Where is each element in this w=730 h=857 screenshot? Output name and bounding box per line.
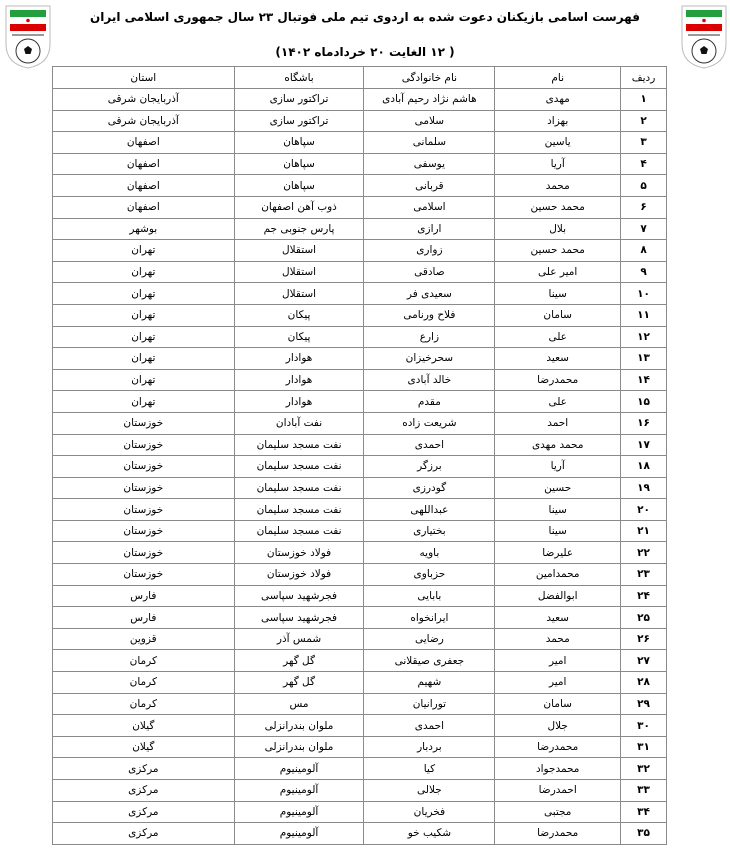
table-row: ۹امیر علیصادقیاستقلالتهران	[53, 261, 667, 283]
cell-club: ذوب آهن اصفهان	[234, 196, 364, 218]
cell-first-name: امیر علی	[495, 261, 621, 283]
table-row: ۱۷محمد مهدیاحمدینفت مسجد سلیمانخوزستان	[53, 434, 667, 456]
cell-province: تهران	[53, 326, 235, 348]
cell-last-name: شکیب خو	[364, 823, 495, 845]
table-row: ۱۲علیزارعپیکانتهران	[53, 326, 667, 348]
cell-first-name: محمد حسین	[495, 196, 621, 218]
cell-club: پیکان	[234, 326, 364, 348]
cell-row-number: ۱۱	[621, 304, 667, 326]
cell-last-name: شریعت زاده	[364, 412, 495, 434]
column-header-row-number: ردیف	[621, 67, 667, 89]
cell-row-number: ۷	[621, 218, 667, 240]
cell-first-name: یاسین	[495, 132, 621, 154]
table-row: ۱۴محمدرضاخالد آبادیهوادارتهران	[53, 369, 667, 391]
cell-first-name: محمد	[495, 175, 621, 197]
column-header-last-name: نام خانوادگی	[364, 67, 495, 89]
cell-province: مرکزی	[53, 801, 235, 823]
cell-club: فولاد خوزستان	[234, 542, 364, 564]
cell-club: استقلال	[234, 240, 364, 262]
cell-first-name: آریا	[495, 456, 621, 478]
cell-last-name: سعیدی فر	[364, 283, 495, 305]
cell-first-name: محمدجواد	[495, 758, 621, 780]
cell-row-number: ۲	[621, 110, 667, 132]
cell-club: آلومینیوم	[234, 823, 364, 845]
cell-club: فجرشهید سپاسی	[234, 607, 364, 629]
cell-last-name: فخریان	[364, 801, 495, 823]
cell-province: اصفهان	[53, 132, 235, 154]
cell-first-name: احمد	[495, 412, 621, 434]
cell-row-number: ۵	[621, 175, 667, 197]
table-row: ۳۲محمدجوادکیاآلومینیوممرکزی	[53, 758, 667, 780]
cell-club: فولاد خوزستان	[234, 564, 364, 586]
cell-first-name: علی	[495, 391, 621, 413]
cell-club: سپاهان	[234, 153, 364, 175]
cell-last-name: صادقی	[364, 261, 495, 283]
cell-first-name: محمد حسین	[495, 240, 621, 262]
cell-first-name: سعید	[495, 607, 621, 629]
cell-club: آلومینیوم	[234, 801, 364, 823]
cell-club: تراکتور سازی	[234, 89, 364, 111]
cell-first-name: جلال	[495, 715, 621, 737]
page-title: فهرست اسامی بازیکنان دعوت شده به اردوی ت…	[60, 10, 670, 24]
table-row: ۱۳سعیدسحرخیزانهوادارتهران	[53, 348, 667, 370]
cell-club: پیکان	[234, 304, 364, 326]
cell-club: فجرشهید سپاسی	[234, 585, 364, 607]
cell-province: تهران	[53, 261, 235, 283]
cell-province: اصفهان	[53, 196, 235, 218]
table-row: ۲۴ابوالفضلباباییفجرشهید سپاسیفارس	[53, 585, 667, 607]
federation-logo-right	[680, 4, 728, 70]
cell-last-name: بابایی	[364, 585, 495, 607]
cell-last-name: یوسفی	[364, 153, 495, 175]
cell-last-name: رضایی	[364, 628, 495, 650]
cell-club: آلومینیوم	[234, 780, 364, 802]
cell-first-name: محمدامین	[495, 564, 621, 586]
cell-province: تهران	[53, 348, 235, 370]
cell-province: خوزستان	[53, 412, 235, 434]
cell-last-name: هاشم نژاد رحیم آبادی	[364, 89, 495, 111]
cell-last-name: جلالی	[364, 780, 495, 802]
cell-province: تهران	[53, 283, 235, 305]
cell-province: مرکزی	[53, 758, 235, 780]
table-row: ۱۰سیناسعیدی فراستقلالتهران	[53, 283, 667, 305]
cell-province: تهران	[53, 391, 235, 413]
cell-last-name: شهیم	[364, 672, 495, 694]
cell-row-number: ۳۰	[621, 715, 667, 737]
cell-last-name: بختیاری	[364, 520, 495, 542]
cell-province: خوزستان	[53, 564, 235, 586]
cell-province: اصفهان	[53, 175, 235, 197]
table-row: ۳یاسینسلمانیسپاهاناصفهان	[53, 132, 667, 154]
cell-first-name: محمدرضا	[495, 369, 621, 391]
cell-row-number: ۶	[621, 196, 667, 218]
cell-row-number: ۲۳	[621, 564, 667, 586]
cell-row-number: ۴	[621, 153, 667, 175]
cell-province: گیلان	[53, 736, 235, 758]
cell-row-number: ۳۵	[621, 823, 667, 845]
cell-row-number: ۳۳	[621, 780, 667, 802]
cell-last-name: قربانی	[364, 175, 495, 197]
cell-last-name: خالد آبادی	[364, 369, 495, 391]
table-row: ۲۷امیرجعفری صیقلانیگل گهرکرمان	[53, 650, 667, 672]
cell-row-number: ۱۳	[621, 348, 667, 370]
table-row: ۸محمد حسینزواریاستقلالتهران	[53, 240, 667, 262]
cell-province: مرکزی	[53, 780, 235, 802]
table-row: ۲۱سینابختیارینفت مسجد سلیمانخوزستان	[53, 520, 667, 542]
cell-last-name: جعفری صیقلانی	[364, 650, 495, 672]
cell-first-name: حسین	[495, 477, 621, 499]
table-row: ۷بلالارازیپارس جنوبی جمبوشهر	[53, 218, 667, 240]
cell-first-name: سینا	[495, 499, 621, 521]
column-header-club: باشگاه	[234, 67, 364, 89]
table-row: ۱۵علیمقدمهوادارتهران	[53, 391, 667, 413]
cell-club: هوادار	[234, 369, 364, 391]
table-row: ۲۰سیناعبداللهینفت مسجد سلیمانخوزستان	[53, 499, 667, 521]
cell-club: نفت آبادان	[234, 412, 364, 434]
cell-row-number: ۱۶	[621, 412, 667, 434]
table-row: ۵محمدقربانیسپاهاناصفهان	[53, 175, 667, 197]
cell-club: استقلال	[234, 261, 364, 283]
cell-first-name: سینا	[495, 520, 621, 542]
cell-last-name: زارع	[364, 326, 495, 348]
cell-club: آلومینیوم	[234, 758, 364, 780]
cell-first-name: امیر	[495, 672, 621, 694]
cell-club: سپاهان	[234, 175, 364, 197]
cell-club: نفت مسجد سلیمان	[234, 499, 364, 521]
cell-club: شمس آذر	[234, 628, 364, 650]
table-row: ۴آریایوسفیسپاهاناصفهان	[53, 153, 667, 175]
cell-province: فارس	[53, 585, 235, 607]
cell-club: ملوان بندرانزلی	[234, 736, 364, 758]
cell-row-number: ۲۱	[621, 520, 667, 542]
cell-province: آذربایجان شرقی	[53, 110, 235, 132]
table-row: ۱مهدیهاشم نژاد رحیم آبادیتراکتور سازیآذر…	[53, 89, 667, 111]
table-row: ۳۵محمدرضاشکیب خوآلومینیوممرکزی	[53, 823, 667, 845]
cell-row-number: ۱۹	[621, 477, 667, 499]
cell-province: فارس	[53, 607, 235, 629]
cell-first-name: سینا	[495, 283, 621, 305]
cell-row-number: ۱۴	[621, 369, 667, 391]
cell-club: نفت مسجد سلیمان	[234, 456, 364, 478]
cell-row-number: ۹	[621, 261, 667, 283]
cell-last-name: سحرخیزان	[364, 348, 495, 370]
cell-row-number: ۳۲	[621, 758, 667, 780]
cell-club: گل گهر	[234, 650, 364, 672]
cell-province: تهران	[53, 240, 235, 262]
cell-first-name: ابوالفضل	[495, 585, 621, 607]
cell-last-name: سلمانی	[364, 132, 495, 154]
cell-province: تهران	[53, 369, 235, 391]
table-row: ۳۰جلالاحمدیملوان بندرانزلیگیلان	[53, 715, 667, 737]
cell-club: هوادار	[234, 348, 364, 370]
table-row: ۲۸امیرشهیمگل گهرکرمان	[53, 672, 667, 694]
cell-last-name: مقدم	[364, 391, 495, 413]
cell-province: کرمان	[53, 693, 235, 715]
cell-last-name: بردبار	[364, 736, 495, 758]
cell-last-name: زواری	[364, 240, 495, 262]
cell-row-number: ۲۹	[621, 693, 667, 715]
cell-last-name: عبداللهی	[364, 499, 495, 521]
cell-row-number: ۱۸	[621, 456, 667, 478]
cell-last-name: احمدی	[364, 434, 495, 456]
cell-row-number: ۲۶	[621, 628, 667, 650]
table-row: ۲۹سامانتورانیانمسکرمان	[53, 693, 667, 715]
cell-province: خوزستان	[53, 542, 235, 564]
federation-logo-left	[4, 4, 52, 70]
cell-first-name: احمدرضا	[495, 780, 621, 802]
cell-last-name: گودرزی	[364, 477, 495, 499]
cell-last-name: ایرانخواه	[364, 607, 495, 629]
cell-row-number: ۱۵	[621, 391, 667, 413]
cell-first-name: سامان	[495, 693, 621, 715]
cell-club: ملوان بندرانزلی	[234, 715, 364, 737]
cell-province: خوزستان	[53, 499, 235, 521]
cell-province: قزوین	[53, 628, 235, 650]
column-header-province: استان	[53, 67, 235, 89]
cell-club: مس	[234, 693, 364, 715]
cell-club: سپاهان	[234, 132, 364, 154]
cell-first-name: محمد	[495, 628, 621, 650]
cell-last-name: برزگر	[364, 456, 495, 478]
cell-first-name: امیر	[495, 650, 621, 672]
cell-first-name: سعید	[495, 348, 621, 370]
table-row: ۲بهزادسلامیتراکتور سازیآذربایجان شرقی	[53, 110, 667, 132]
cell-row-number: ۲۲	[621, 542, 667, 564]
cell-province: تهران	[53, 304, 235, 326]
cell-last-name: کیا	[364, 758, 495, 780]
table-row: ۲۶محمدرضاییشمس آذرقزوین	[53, 628, 667, 650]
cell-first-name: علیرضا	[495, 542, 621, 564]
cell-club: نفت مسجد سلیمان	[234, 477, 364, 499]
cell-club: پارس جنوبی جم	[234, 218, 364, 240]
cell-row-number: ۳۴	[621, 801, 667, 823]
cell-last-name: باویه	[364, 542, 495, 564]
column-header-first-name: نام	[495, 67, 621, 89]
cell-province: خوزستان	[53, 520, 235, 542]
cell-club: نفت مسجد سلیمان	[234, 520, 364, 542]
cell-club: هوادار	[234, 391, 364, 413]
cell-club: تراکتور سازی	[234, 110, 364, 132]
cell-province: اصفهان	[53, 153, 235, 175]
table-row: ۳۳احمدرضاجلالیآلومینیوممرکزی	[53, 780, 667, 802]
cell-club: استقلال	[234, 283, 364, 305]
table-row: ۲۵سعیدایرانخواهفجرشهید سپاسیفارس	[53, 607, 667, 629]
cell-row-number: ۱۷	[621, 434, 667, 456]
date-range-subtitle: ( ۱۲ الغایت ۲۰ خردادماه ۱۴۰۲)	[60, 45, 670, 59]
cell-first-name: مهدی	[495, 89, 621, 111]
cell-row-number: ۱۰	[621, 283, 667, 305]
table-row: ۲۳محمدامینحزباویفولاد خوزستانخوزستان	[53, 564, 667, 586]
cell-last-name: ارازی	[364, 218, 495, 240]
cell-province: گیلان	[53, 715, 235, 737]
table-row: ۱۹حسینگودرزینفت مسجد سلیمانخوزستان	[53, 477, 667, 499]
cell-first-name: سامان	[495, 304, 621, 326]
cell-row-number: ۱۲	[621, 326, 667, 348]
cell-province: خوزستان	[53, 456, 235, 478]
cell-last-name: تورانیان	[364, 693, 495, 715]
table-row: ۳۱محمدرضابردبارملوان بندرانزلیگیلان	[53, 736, 667, 758]
players-table: ردیف نام نام خانوادگی باشگاه استان ۱مهدی…	[52, 66, 667, 845]
cell-row-number: ۲۴	[621, 585, 667, 607]
cell-province: خوزستان	[53, 434, 235, 456]
cell-province: خوزستان	[53, 477, 235, 499]
cell-province: بوشهر	[53, 218, 235, 240]
cell-first-name: محمدرضا	[495, 736, 621, 758]
cell-first-name: مجتبی	[495, 801, 621, 823]
table-row: ۱۸آریابرزگرنفت مسجد سلیمانخوزستان	[53, 456, 667, 478]
cell-club: نفت مسجد سلیمان	[234, 434, 364, 456]
cell-club: گل گهر	[234, 672, 364, 694]
cell-province: آذربایجان شرقی	[53, 89, 235, 111]
cell-first-name: علی	[495, 326, 621, 348]
cell-first-name: بلال	[495, 218, 621, 240]
cell-first-name: محمدرضا	[495, 823, 621, 845]
cell-row-number: ۲۵	[621, 607, 667, 629]
cell-first-name: بهزاد	[495, 110, 621, 132]
table-row: ۱۶احمدشریعت زادهنفت آبادانخوزستان	[53, 412, 667, 434]
cell-row-number: ۳	[621, 132, 667, 154]
table-row: ۶محمد حسیناسلامیذوب آهن اصفهاناصفهان	[53, 196, 667, 218]
cell-last-name: سلامی	[364, 110, 495, 132]
cell-row-number: ۲۰	[621, 499, 667, 521]
cell-province: مرکزی	[53, 823, 235, 845]
cell-row-number: ۸	[621, 240, 667, 262]
cell-row-number: ۲۷	[621, 650, 667, 672]
table-row: ۲۲علیرضاباویهفولاد خوزستانخوزستان	[53, 542, 667, 564]
cell-last-name: حزباوی	[364, 564, 495, 586]
cell-province: کرمان	[53, 672, 235, 694]
cell-row-number: ۱	[621, 89, 667, 111]
cell-first-name: آریا	[495, 153, 621, 175]
cell-last-name: اسلامی	[364, 196, 495, 218]
cell-first-name: محمد مهدی	[495, 434, 621, 456]
cell-last-name: فلاح ورنامی	[364, 304, 495, 326]
table-row: ۳۴مجتبیفخریانآلومینیوممرکزی	[53, 801, 667, 823]
cell-province: کرمان	[53, 650, 235, 672]
table-header-row: ردیف نام نام خانوادگی باشگاه استان	[53, 67, 667, 89]
cell-last-name: احمدی	[364, 715, 495, 737]
table-row: ۱۱سامانفلاح ورنامیپیکانتهران	[53, 304, 667, 326]
cell-row-number: ۳۱	[621, 736, 667, 758]
cell-row-number: ۲۸	[621, 672, 667, 694]
